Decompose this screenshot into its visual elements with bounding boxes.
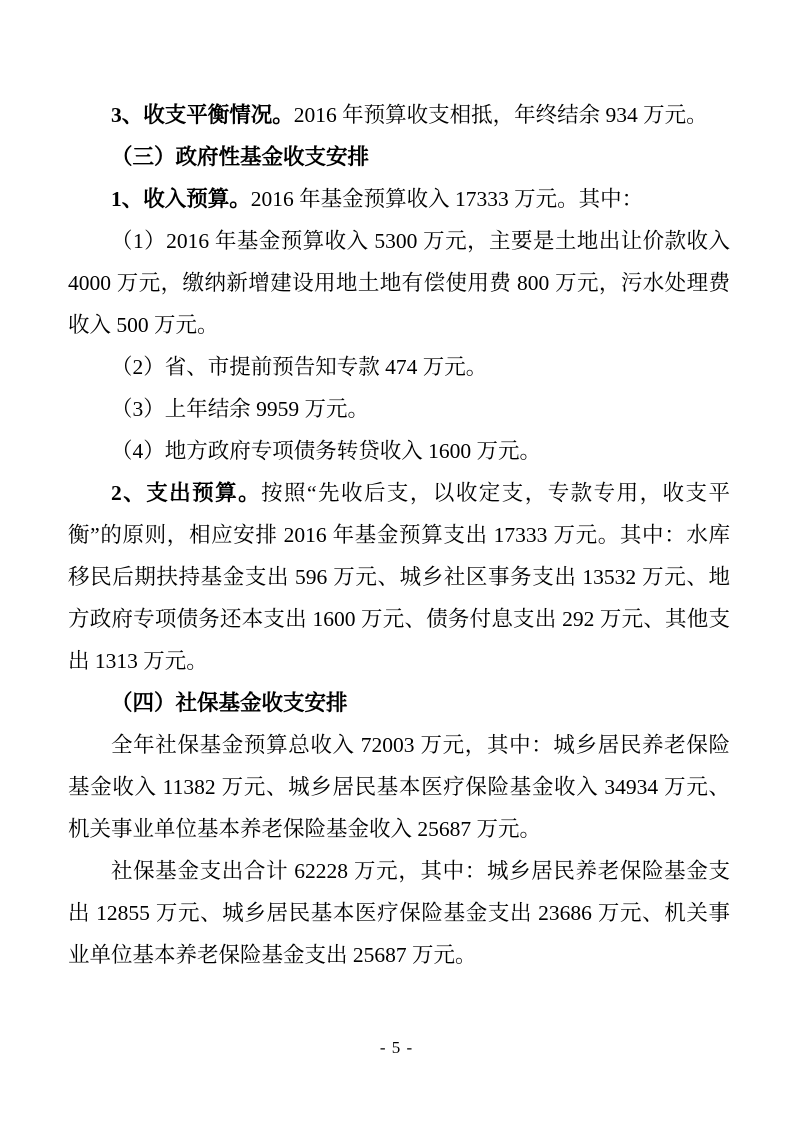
para-expenditure-budget-lead: 2、支出预算。 [111,481,261,505]
para-revenue-item-2: （2）省、市提前预告知专款 474 万元。 [68,346,730,388]
para-balance-lead: 3、收支平衡情况。 [111,103,294,127]
para-revenue-item-1-text: （1）2016 年基金预算收入 5300 万元，主要是土地出让价款收入 4000… [68,229,730,337]
para-social-security-income-text: 全年社保基金预算总收入 72003 万元，其中：城乡居民养老保险基金收入 113… [68,733,730,841]
para-balance-text: 2016 年预算收支相抵，年终结余 934 万元。 [294,103,708,127]
para-expenditure-budget: 2、支出预算。按照“先收后支，以收定支，专款专用，收支平衡”的原则，相应安排 2… [68,472,730,682]
para-social-security-expenditure: 社保基金支出合计 62228 万元，其中：城乡居民养老保险基金支出 12855 … [68,850,730,976]
heading-social-security-section: （四）社保基金收支安排 [68,682,730,724]
para-expenditure-budget-text: 按照“先收后支，以收定支，专款专用，收支平衡”的原则，相应安排 2016 年基金… [68,481,730,673]
document-page: 3、收支平衡情况。2016 年预算收支相抵，年终结余 934 万元。 （三）政府… [0,0,793,1122]
para-social-security-expenditure-text: 社保基金支出合计 62228 万元，其中：城乡居民养老保险基金支出 12855 … [68,859,730,967]
para-balance: 3、收支平衡情况。2016 年预算收支相抵，年终结余 934 万元。 [68,94,730,136]
document-body: 3、收支平衡情况。2016 年预算收支相抵，年终结余 934 万元。 （三）政府… [68,94,730,976]
para-revenue-budget-text: 2016 年基金预算收入 17333 万元。其中： [251,187,643,211]
para-revenue-item-3: （3）上年结余 9959 万元。 [68,388,730,430]
para-revenue-budget-lead: 1、收入预算。 [111,187,251,211]
para-revenue-item-3-text: （3）上年结余 9959 万元。 [111,397,369,421]
para-social-security-income: 全年社保基金预算总收入 72003 万元，其中：城乡居民养老保险基金收入 113… [68,724,730,850]
para-revenue-item-4-text: （4）地方政府专项债务转贷收入 1600 万元。 [111,439,541,463]
page-number: - 5 - [380,1038,413,1057]
para-revenue-item-2-text: （2）省、市提前预告知专款 474 万元。 [111,355,487,379]
para-revenue-item-4: （4）地方政府专项债务转贷收入 1600 万元。 [68,430,730,472]
heading-government-fund-section: （三）政府性基金收支安排 [68,136,730,178]
heading-social-security-label: （四）社保基金收支安排 [111,691,348,715]
heading-government-fund-label: （三）政府性基金收支安排 [111,145,369,169]
para-revenue-budget: 1、收入预算。2016 年基金预算收入 17333 万元。其中： [68,178,730,220]
page-footer: - 5 - [0,1036,793,1060]
para-revenue-item-1: （1）2016 年基金预算收入 5300 万元，主要是土地出让价款收入 4000… [68,220,730,346]
